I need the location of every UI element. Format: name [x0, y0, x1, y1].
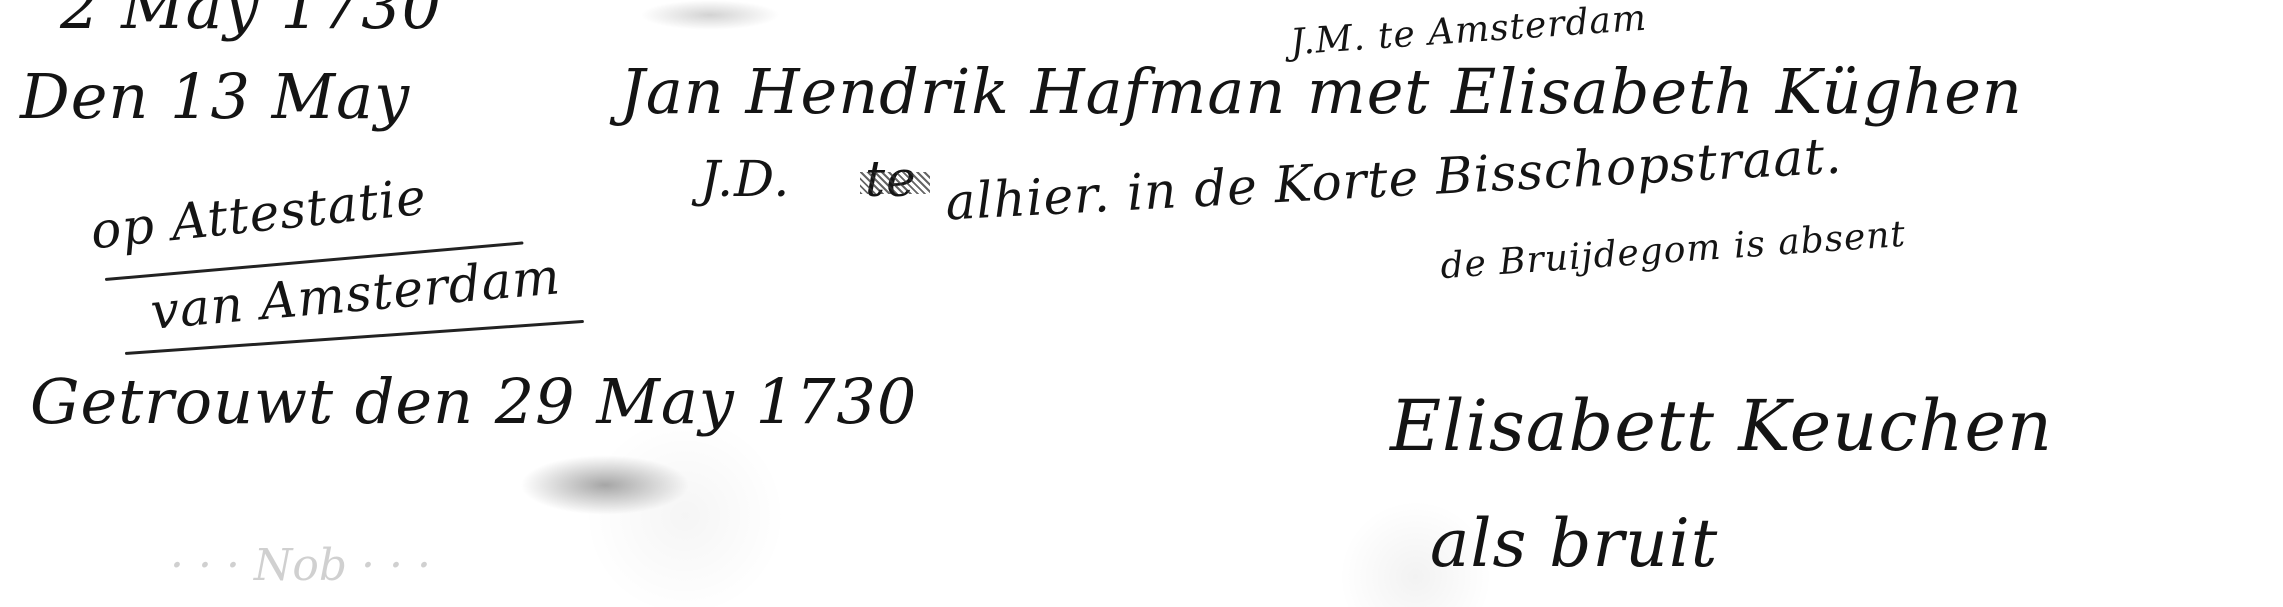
ink-smudge [520, 455, 690, 515]
signature-role: als bruit [1430, 505, 1718, 582]
bride-status: J.D. [700, 150, 790, 208]
header-date-fragment: 2 May 1730 [60, 0, 442, 43]
ink-smudge-top [640, 0, 780, 30]
absence-note: de Bruijdegom is absent [1439, 214, 1907, 287]
strikethrough-scribble [860, 172, 930, 194]
bride-signature: Elisabett Keuchen [1390, 385, 2053, 467]
couple-names: Jan Hendrik Hafman met Elisabeth Küghen [620, 55, 2023, 128]
scanned-register-page: 2 May 1730 Den 13 May op Attestatie van … [0, 0, 2283, 607]
groom-origin-note: J.M. te Amsterdam [1289, 0, 1648, 63]
residence: alhier. in de Korte Bisschopstraat. [944, 127, 1843, 232]
attestation-line-1: op Attestatie [88, 168, 429, 261]
bleed-through-text: · · · Nob · · · [170, 540, 431, 591]
marriage-date: Getrouwt den 29 May 1730 [30, 365, 917, 438]
registration-date: Den 13 May [20, 60, 410, 133]
